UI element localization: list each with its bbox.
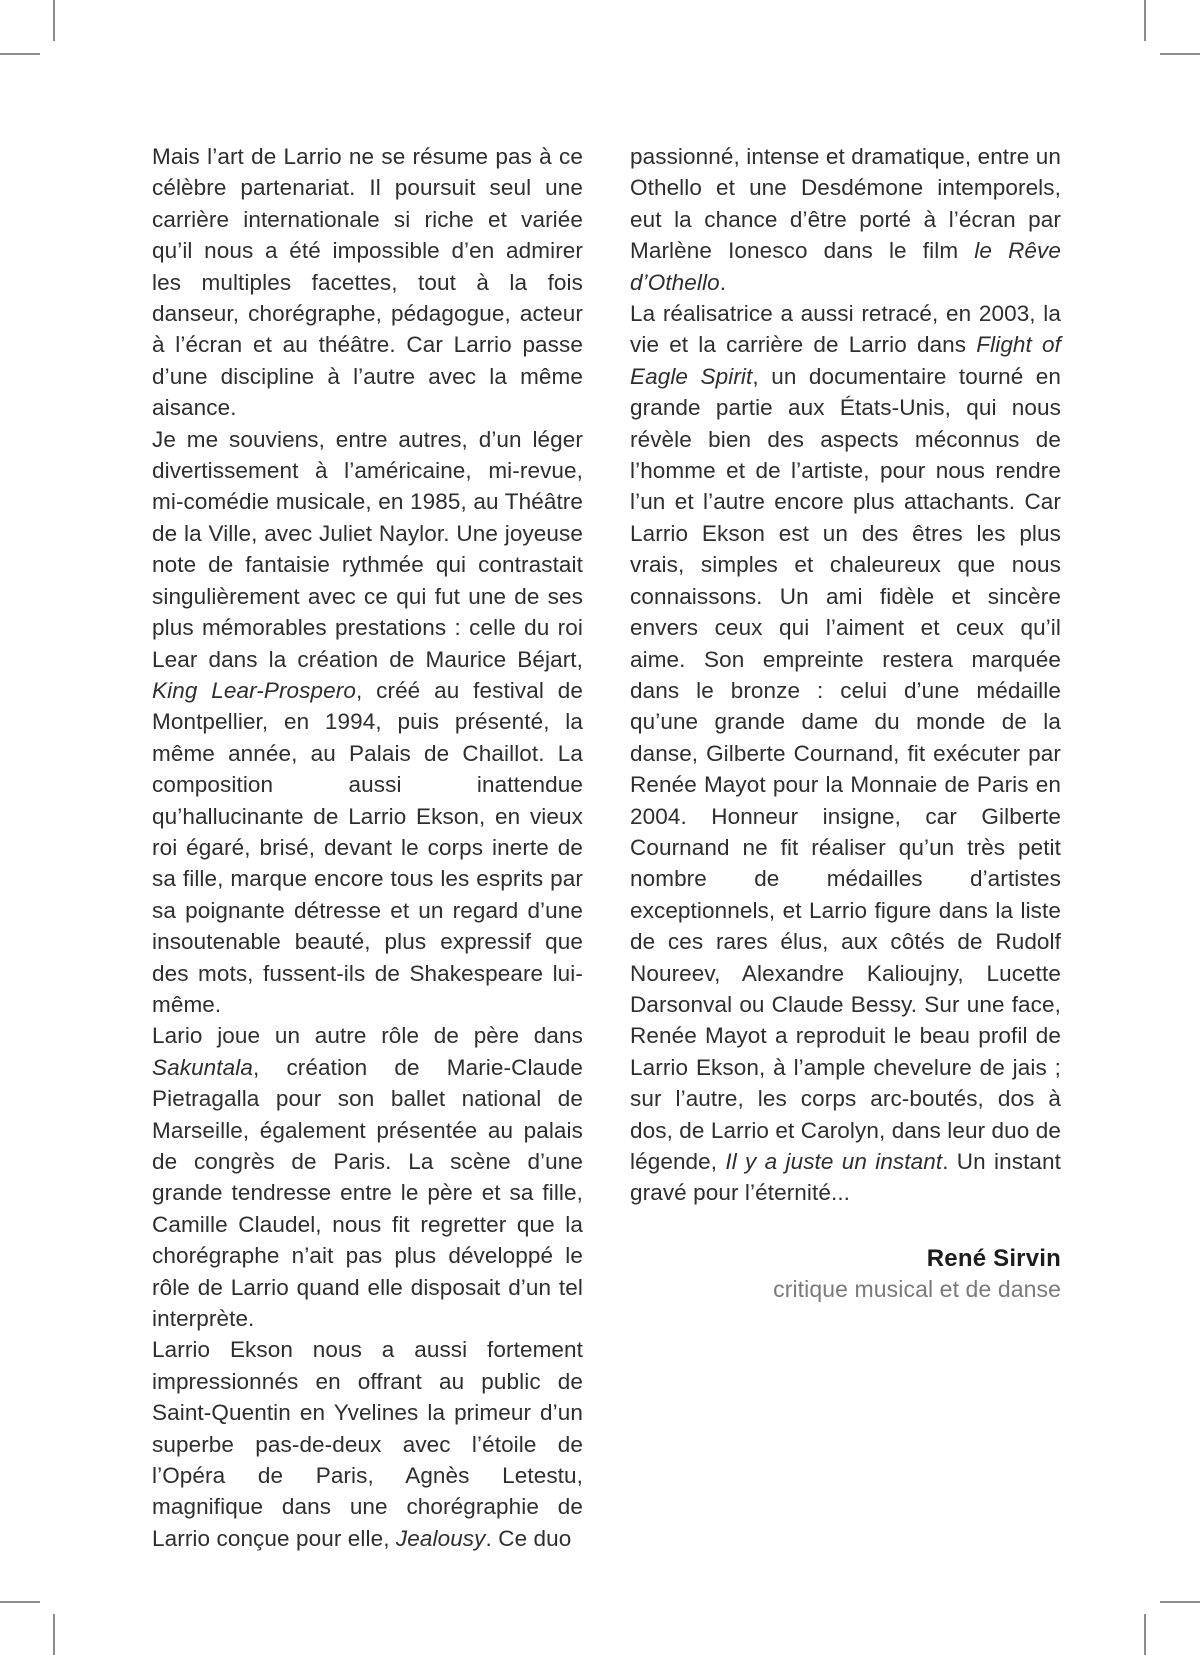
paragraph: Lario joue un autre rôle de père dans Sa… (152, 1020, 583, 1334)
right-column: passionné, intense et dramatique, entre … (630, 141, 1061, 1554)
crop-mark-bottom-left-horizontal (0, 1601, 40, 1603)
crop-mark-top-right-horizontal (1160, 53, 1200, 55)
text-segment: , création de Marie-Claude Pietragalla p… (152, 1055, 583, 1331)
paragraph: La réalisatrice a aussi retracé, en 2003… (630, 298, 1061, 1209)
author-name: René Sirvin (630, 1243, 1061, 1274)
text-segment: , créé au festival de Montpellier, en 19… (152, 678, 583, 1017)
paragraph: Larrio Ekson nous a aussi fortement impr… (152, 1334, 583, 1554)
crop-mark-top-right-vertical (1144, 0, 1146, 41)
italic-text-segment: Jealousy (396, 1526, 486, 1551)
text-segment: , un documentaire tourné en grande parti… (630, 364, 1061, 1174)
left-column: Mais l’art de Larrio ne se résume pas à … (152, 141, 583, 1554)
crop-mark-bottom-right-vertical (1144, 1614, 1146, 1655)
text-segment: . Ce duo (486, 1526, 572, 1551)
text-segment: Je me souviens, entre autres, d’un léger… (152, 427, 583, 672)
text-segment: . (720, 270, 726, 295)
book-page: Mais l’art de Larrio ne se résume pas à … (0, 0, 1200, 1655)
crop-mark-bottom-right-horizontal (1160, 1601, 1200, 1603)
crop-mark-top-left-horizontal (0, 53, 40, 55)
signature-block: René Sirvin critique musical et de danse (630, 1243, 1061, 1305)
italic-text-segment: Sakuntala (152, 1055, 253, 1080)
italic-text-segment: Il y a juste un instant (725, 1149, 942, 1174)
paragraph: passionné, intense et dramatique, entre … (630, 141, 1061, 298)
paragraph: Mais l’art de Larrio ne se résume pas à … (152, 141, 583, 424)
two-column-text-block: Mais l’art de Larrio ne se résume pas à … (152, 141, 1060, 1554)
italic-text-segment: King Lear-Prospero (152, 678, 356, 703)
crop-mark-bottom-left-vertical (53, 1614, 55, 1655)
text-segment: Mais l’art de Larrio ne se résume pas à … (152, 144, 583, 420)
crop-mark-top-left-vertical (53, 0, 55, 41)
text-segment: Lario joue un autre rôle de père dans (152, 1023, 583, 1048)
paragraph: Je me souviens, entre autres, d’un léger… (152, 424, 583, 1021)
author-role: critique musical et de danse (630, 1274, 1061, 1305)
text-segment: Larrio Ekson nous a aussi fortement impr… (152, 1337, 583, 1550)
